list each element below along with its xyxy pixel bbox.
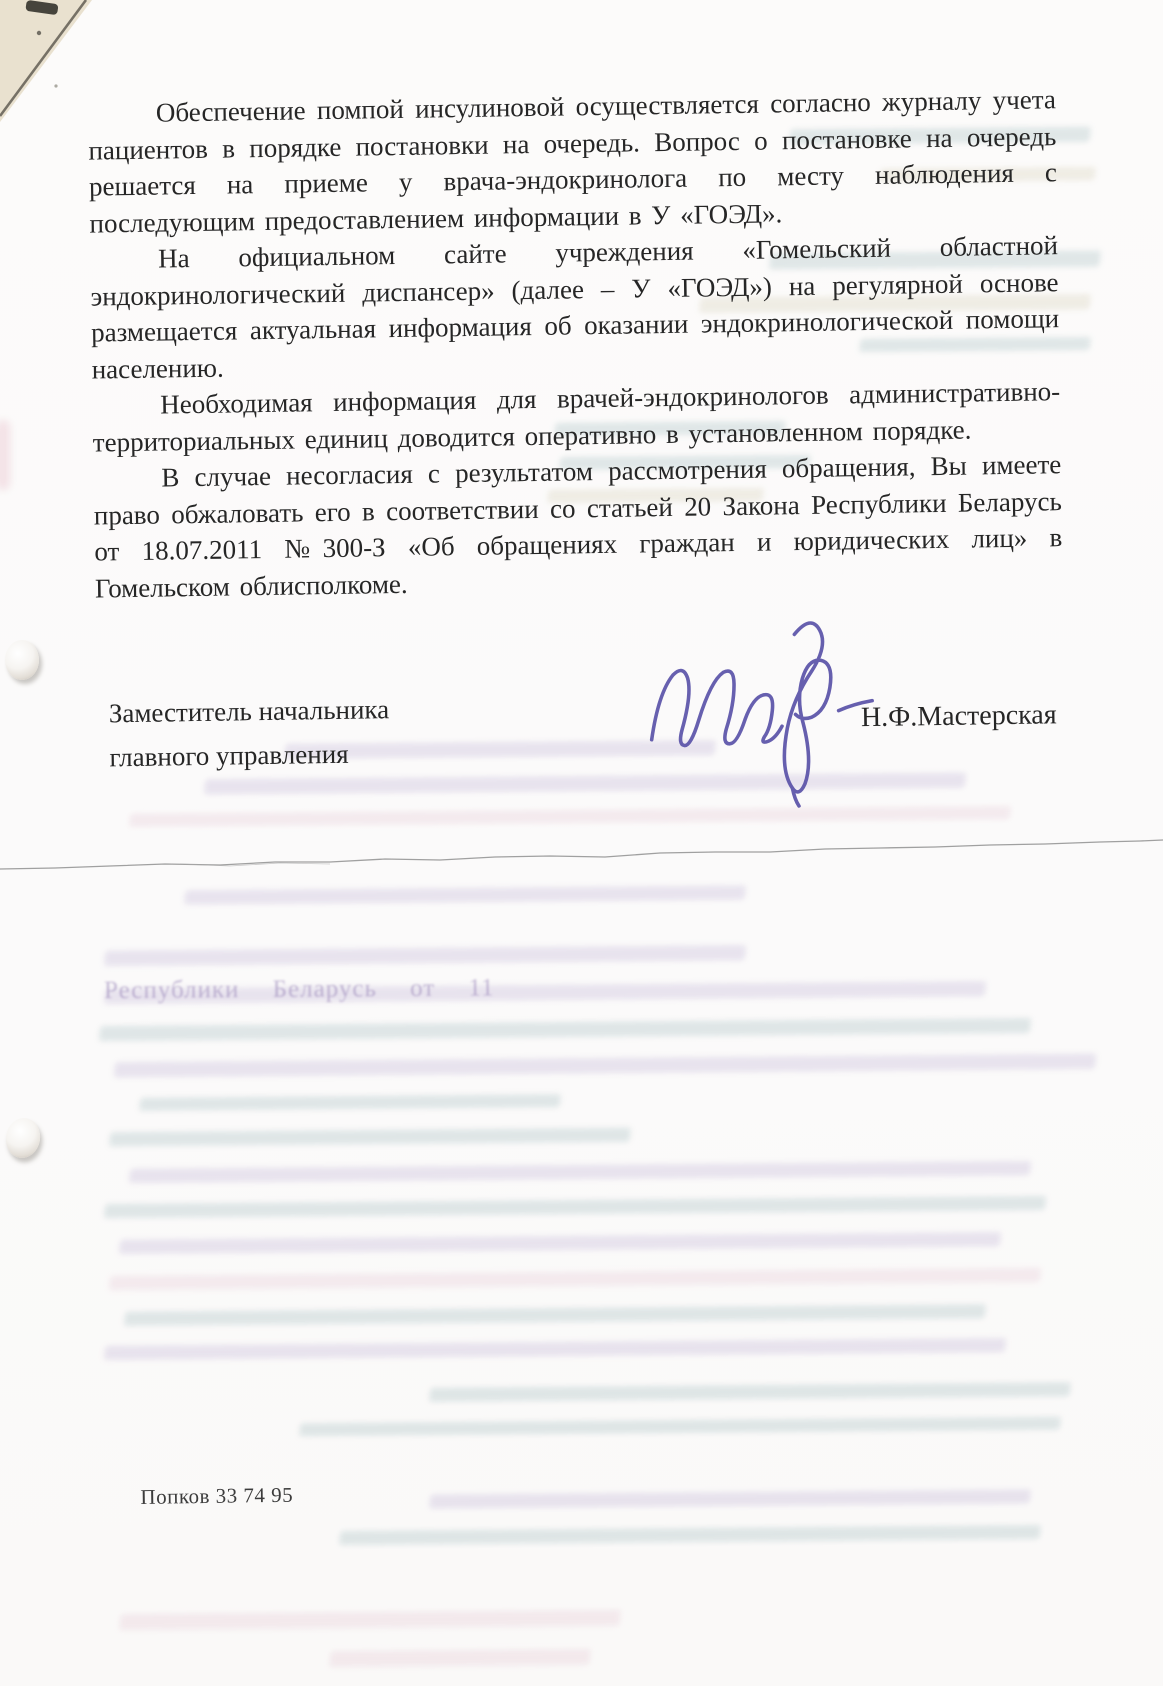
paper-dent-upper xyxy=(5,640,39,680)
signer-name: Н.Ф.Мастерская xyxy=(861,699,1057,734)
letter-content: Обеспечение помпой инсулиновой осуществл… xyxy=(0,0,1163,1686)
executor-phone-note: Попков 33 74 95 xyxy=(140,1483,293,1510)
edge-smudge xyxy=(0,420,10,490)
letter-body: Обеспечение помпой инсулиновой осуществл… xyxy=(88,81,1063,606)
signature-title-block: Заместитель начальника главного управлен… xyxy=(108,687,390,779)
scanned-letter-page: Республики Беларусь от 11 Обеспечение по… xyxy=(0,0,1163,1686)
signer-position-line1: Заместитель начальника xyxy=(108,687,389,735)
paragraph-insulin-pump-queue: Обеспечение помпой инсулиновой осуществл… xyxy=(88,81,1058,241)
signer-position-line2: главного управления xyxy=(109,731,390,779)
paragraph-official-site: На официальном сайте учреждения «Гомельс… xyxy=(90,227,1060,387)
handwritten-signature-mark xyxy=(633,608,892,812)
paragraph-appeal-right: В случае несогласия с результатом рассмо… xyxy=(93,446,1063,606)
